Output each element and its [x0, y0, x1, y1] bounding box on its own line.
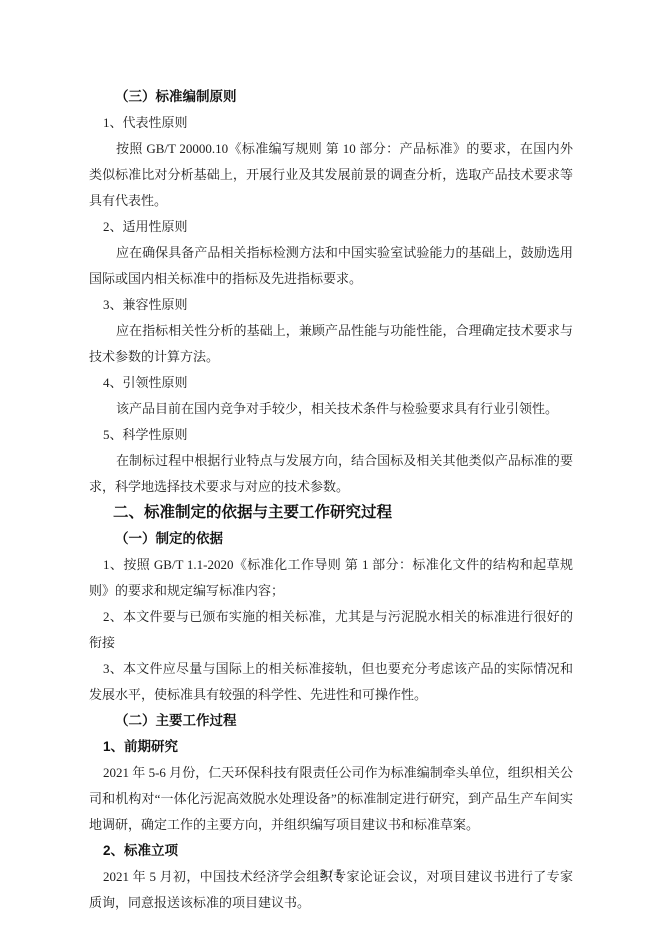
numbered-item-leadership: 4、引领性原则 [89, 370, 573, 396]
numbered-paragraph: 2、本文件要与已颁布实施的相关标准，尤其是与污泥脱水相关的标准进行很好的衔接 [89, 604, 573, 656]
subheading-preliminary-research: 1、前期研究 [89, 734, 573, 760]
numbered-paragraph: 1、按照 GB/T 1.1-2020《标准化工作导则 第 1 部分：标准化文件的… [89, 552, 573, 604]
numbered-item-representativeness: 1、代表性原则 [89, 110, 573, 136]
document-body: （三）标准编制原则 1、代表性原则 按照 GB/T 20000.10《标准编写规… [89, 84, 573, 916]
chapter-heading-basis-and-process: 二、标准制定的依据与主要工作研究过程 [89, 500, 573, 526]
section-heading-standard-drafting-principles: （三）标准编制原则 [89, 84, 573, 110]
numbered-paragraph: 3、本文件应尽量与国际上的相关标准接轨，但也要充分考虑该产品的实际情况和发展水平… [89, 656, 573, 708]
page-number: 3 / 5 [89, 861, 573, 887]
document-page: （三）标准编制原则 1、代表性原则 按照 GB/T 20000.10《标准编写规… [0, 0, 662, 936]
numbered-item-applicability: 2、适用性原则 [89, 214, 573, 240]
paragraph: 该产品目前在国内竞争对手较少，相关技术条件与检验要求具有行业引领性。 [89, 396, 573, 422]
paragraph: 在制标过程中根据行业特点与发展方向，结合国标及相关其他类似产品标准的要求，科学地… [89, 448, 573, 500]
paragraph: 2021 年 5-6 月份，仁天环保科技有限责任公司作为标准编制牵头单位，组织相… [89, 760, 573, 838]
section-heading-main-work-process: （二）主要工作过程 [89, 708, 573, 734]
paragraph: 按照 GB/T 20000.10《标准编写规则 第 10 部分：产品标准》的要求… [89, 136, 573, 214]
numbered-item-compatibility: 3、兼容性原则 [89, 292, 573, 318]
numbered-item-scientific: 5、科学性原则 [89, 422, 573, 448]
section-heading-basis: （一）制定的依据 [89, 526, 573, 552]
paragraph: 应在指标相关性分析的基础上，兼顾产品性能与功能性能，合理确定技术要求与技术参数的… [89, 318, 573, 370]
paragraph: 应在确保具备产品相关指标检测方法和中国实验室试验能力的基础上，鼓励选用国际或国内… [89, 240, 573, 292]
